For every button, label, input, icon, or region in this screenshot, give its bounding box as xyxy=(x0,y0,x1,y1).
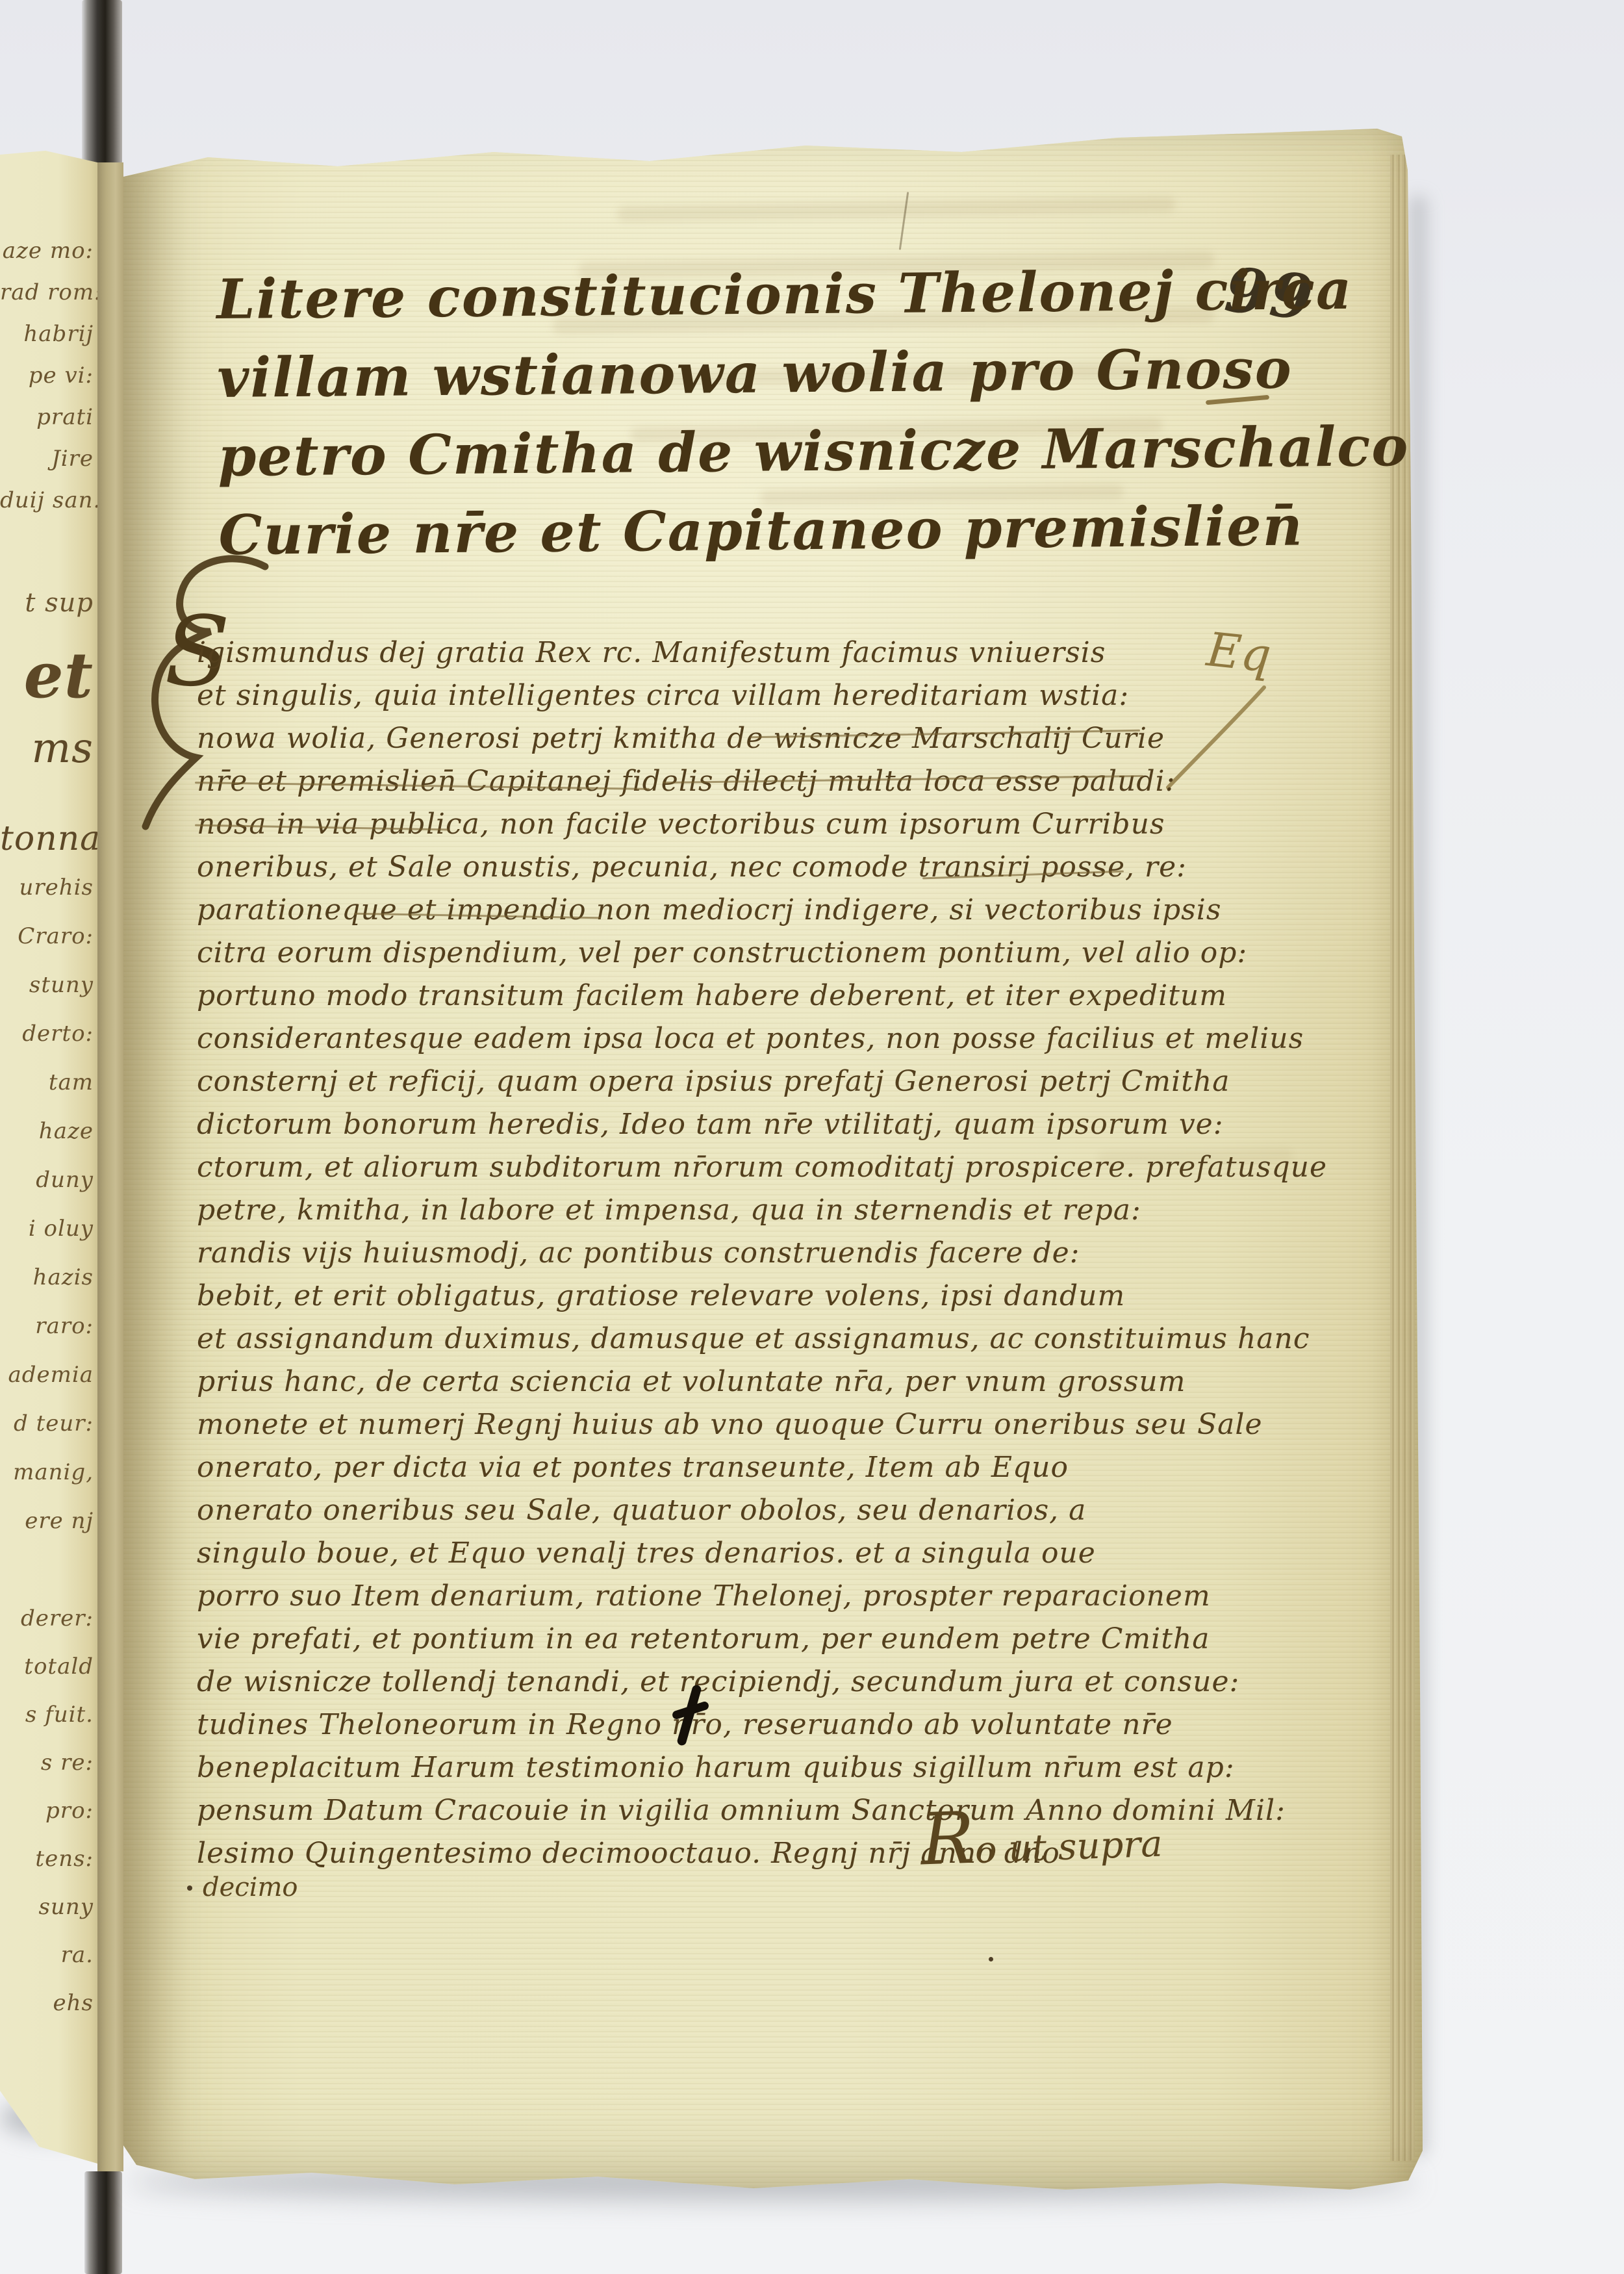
binding-gutter xyxy=(97,162,123,2171)
body-text-line: portuno modo transitum facilem habere de… xyxy=(197,975,1184,1017)
closing-word: decimo xyxy=(203,1872,298,1902)
facing-fragment: Jire xyxy=(0,438,94,479)
facing-fragment: i oluy xyxy=(0,1205,94,1253)
facing-fragment: ehs xyxy=(0,1979,94,2027)
facing-fragment: s re: xyxy=(0,1739,94,1787)
facing-fragment: ere nj xyxy=(0,1497,94,1546)
body-text-line: oneribus, et Sale onustis, pecunia, nec … xyxy=(197,846,1184,889)
body-text-line: monete et numerj Regnj huius ab vno quoq… xyxy=(197,1403,1184,1446)
book-holder-rod-bottom xyxy=(84,2171,122,2274)
manuscript-photo: aze mo:rad rom:habrijpe vi:pratiJireduij… xyxy=(0,0,1624,2274)
ink-dot xyxy=(187,1885,192,1891)
document-heading: Litere constitucionis Thelonej circa vil… xyxy=(216,249,1410,574)
facing-fragment: et xyxy=(0,639,94,712)
facing-fragment: haze xyxy=(0,1107,94,1156)
facing-fragment: tens: xyxy=(0,1835,94,1883)
facing-fragment: tam xyxy=(0,1058,94,1107)
facing-fragment: rad rom: xyxy=(0,272,94,313)
body-text-line: porro suo Item denarium, ratione Thelone… xyxy=(197,1575,1184,1618)
facing-fragment: ra. xyxy=(0,1931,94,1979)
facing-fragment: ademia xyxy=(0,1351,94,1399)
heading-line: Curie nr̄e et Capitaneo premislien̄ xyxy=(218,485,1410,574)
facing-fragments-bottom: derer:totalds fuit.s re:pro:tens:sunyra.… xyxy=(0,1594,94,2027)
body-text-line: onerato oneribus seu Sale, quatuor obolo… xyxy=(197,1489,1184,1532)
body-text-line: citra eorum dispendium, vel per construc… xyxy=(197,932,1184,975)
facing-fragment: habrij xyxy=(0,313,94,355)
facing-fragment: duij san. xyxy=(0,479,94,521)
body-text-line: Sigismundus dej gratia Rex rc. Manifestu… xyxy=(197,632,1184,674)
body-text-line: parationeque et impendio non mediocrj in… xyxy=(197,889,1184,932)
facing-fragment: Craro: xyxy=(0,912,94,961)
body-text-line: nowa wolia, Generosi petrj kmitha de wis… xyxy=(197,717,1184,760)
facing-fragment: pro: xyxy=(0,1787,94,1835)
facing-page-edge: aze mo:rad rom:habrijpe vi:pratiJireduij… xyxy=(0,151,97,2164)
body-text-line: prius hanc, de certa sciencia et volunta… xyxy=(197,1361,1184,1403)
facing-fragment: t sup xyxy=(0,567,94,639)
registration-note: Ro ut supra xyxy=(920,1823,1163,1874)
facing-fragment: tonna xyxy=(0,815,94,863)
facing-fragment: totald xyxy=(0,1642,94,1691)
body-text-line: onerato, per dicta via et pontes transeu… xyxy=(197,1446,1184,1489)
body-text-line: petre, kmitha, in labore et impensa, qua… xyxy=(197,1189,1184,1232)
facing-fragment: derer: xyxy=(0,1594,94,1642)
heading-line: villam wstianowa wolia pro Gnoso xyxy=(217,328,1409,417)
facing-fragments-middle: tonnaurehisCraro:stunyderto:tamhazedunyi… xyxy=(0,815,94,1546)
facing-fragment: suny xyxy=(0,1883,94,1931)
facing-fragment: s fuit. xyxy=(0,1691,94,1739)
ink-showthrough xyxy=(617,196,1176,222)
facing-fragment: urehis xyxy=(0,863,94,912)
facing-fragment: manig, xyxy=(0,1448,94,1497)
body-text-line: vie prefati, et pontium in ea retentorum… xyxy=(197,1618,1184,1661)
ink-correction-blot xyxy=(668,1684,713,1749)
facing-fragment: stuny xyxy=(0,961,94,1010)
body-text-line: pensum Datum Cracouie in vigilia omnium … xyxy=(197,1789,1184,1832)
facing-fragment: raro: xyxy=(0,1302,94,1351)
facing-fragment: pe vi: xyxy=(0,355,94,396)
heading-line: Litere constitucionis Thelonej circa xyxy=(216,249,1408,339)
facing-fragment: hazis xyxy=(0,1253,94,1302)
facing-fragment: derto: xyxy=(0,1010,94,1058)
facing-fragment: aze mo: xyxy=(0,230,94,272)
margin-mark: Eq xyxy=(1204,622,1274,683)
book-holder-rod-top xyxy=(82,0,122,174)
facing-fragment: prati xyxy=(0,396,94,438)
body-text-line: beneplacitum Harum testimonio harum quib… xyxy=(197,1746,1184,1789)
paper-scratch xyxy=(899,192,909,250)
body-text-line: bebit, et erit obligatus, gratiose relev… xyxy=(197,1275,1184,1318)
facing-fragments-upper: t supetms xyxy=(0,567,94,785)
body-text-line: singulo boue, et Equo venalj tres denari… xyxy=(197,1532,1184,1575)
heading-line: petro Cmitha de wisnicze Marschalco xyxy=(218,407,1410,496)
body-text-line: consternj et reficij, quam opera ipsius … xyxy=(197,1060,1184,1103)
facing-fragment: ms xyxy=(0,712,94,785)
body-text-line: ctorum, et aliorum subditorum nr̄orum co… xyxy=(197,1146,1184,1189)
ink-speck xyxy=(989,1957,993,1961)
body-text-line: considerantesque eadem ipsa loca et pont… xyxy=(197,1017,1184,1060)
facing-fragments-top: aze mo:rad rom:habrijpe vi:pratiJireduij… xyxy=(0,230,94,521)
body-text-line: dictorum bonorum heredis, Ideo tam nr̄e … xyxy=(197,1103,1184,1146)
facing-fragment: duny xyxy=(0,1156,94,1205)
body-text-line: et singulis, quia intelligentes circa vi… xyxy=(197,674,1184,717)
body-text-line: nosa in via publica, non facile vectorib… xyxy=(197,803,1184,846)
facing-fragment: d teur: xyxy=(0,1399,94,1448)
body-text-line: randis vijs huiusmodj, ac pontibus const… xyxy=(197,1232,1184,1275)
body-text-line: et assignandum duximus, damusque et assi… xyxy=(197,1318,1184,1361)
